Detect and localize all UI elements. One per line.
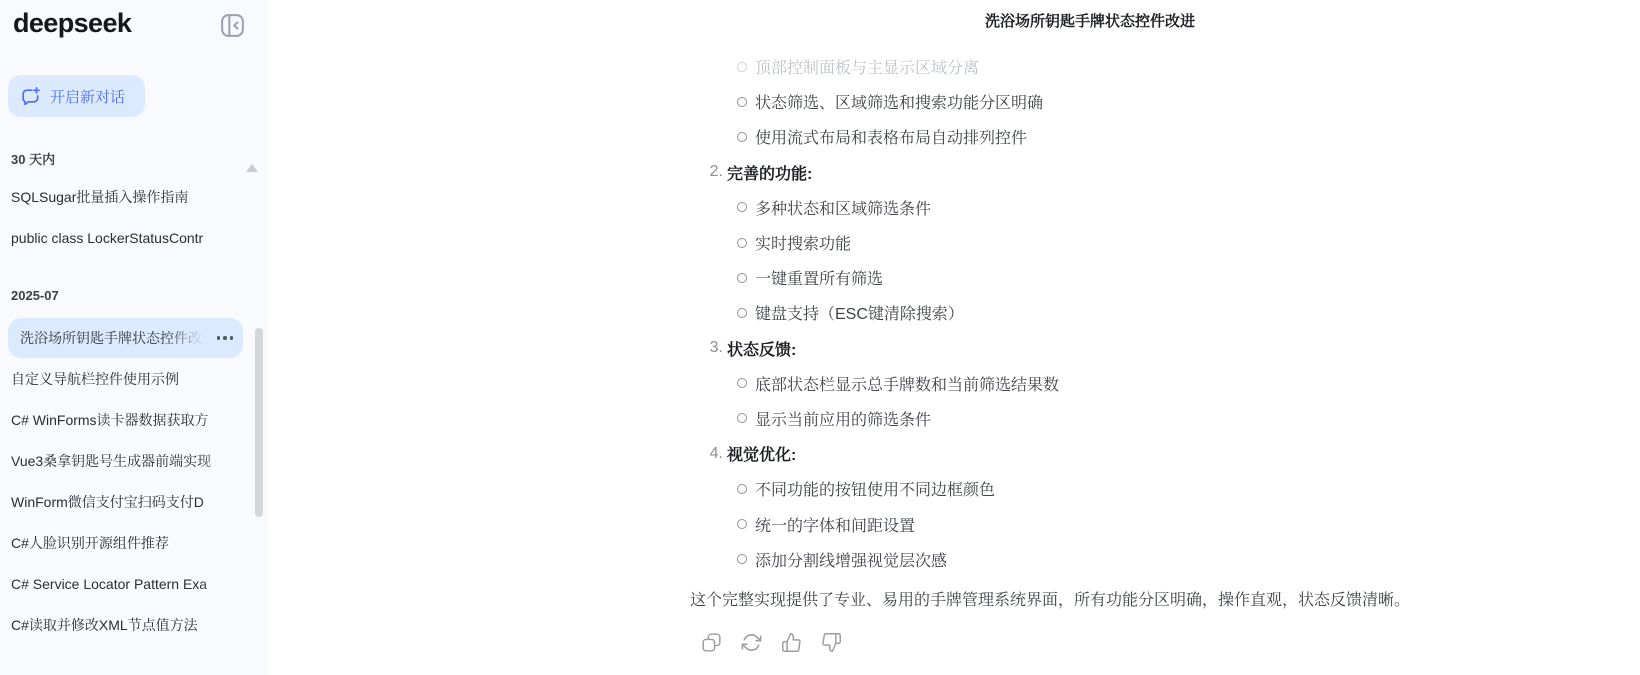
history-section-label-2025-07: 2025-07 (11, 286, 59, 306)
list-item: 一键重置所有筛选 (690, 260, 1490, 295)
assistant-message: 顶部控制面板与主显示区域分离 状态筛选、区域筛选和搜索功能分区明确 使用流式布局… (690, 49, 1490, 653)
sidebar: deepseek 开启新对话 30 天内 SQLSugar批量插入操作指南 pu… (0, 0, 268, 675)
chat-title: 洗浴场所钥匙手牌状态控件改进 (690, 10, 1490, 31)
chat-history-item[interactable]: Vue3桑拿钥匙号生成器前端实现 (11, 450, 247, 472)
bullet-icon (737, 378, 747, 388)
copy-icon (701, 632, 722, 653)
bullet-icon (737, 238, 747, 248)
closing-paragraph: 这个完整实现提供了专业、易用的手牌管理系统界面，所有功能分区明确，操作直观，状态… (690, 583, 1490, 618)
numbered-item: 4. 视觉优化: (690, 436, 1490, 471)
thumbs-up-button[interactable] (781, 632, 802, 653)
list-item: 统一的字体和间距设置 (690, 506, 1490, 541)
new-chat-button[interactable]: 开启新对话 (8, 75, 145, 117)
chat-history-item[interactable]: public class LockerStatusContr (11, 227, 247, 249)
thumbs-down-button[interactable] (821, 632, 842, 653)
chat-history-item[interactable]: 自定义导航栏控件使用示例 (11, 368, 247, 390)
regenerate-icon (741, 632, 762, 653)
bullet-icon (737, 519, 747, 529)
regenerate-button[interactable] (741, 632, 762, 653)
list-item: 实时搜索功能 (690, 225, 1490, 260)
chat-history-item[interactable]: SQLSugar批量插入操作指南 (11, 186, 247, 208)
list-item: 底部状态栏显示总手牌数和当前筛选结果数 (690, 366, 1490, 401)
scroll-up-caret-icon[interactable] (246, 164, 258, 172)
copy-button[interactable] (701, 632, 722, 653)
chat-history-item[interactable]: C# WinForms读卡器数据获取方 (11, 409, 247, 431)
bullet-icon (737, 132, 747, 142)
bullet-icon (737, 308, 747, 318)
deepseek-logo: deepseek (13, 8, 131, 39)
chat-history-item[interactable]: C# Service Locator Pattern Exa (11, 573, 247, 595)
sidebar-collapse-button[interactable] (219, 12, 246, 39)
more-options-icon[interactable] (217, 336, 234, 340)
history-section-label-30days: 30 天内 (11, 150, 55, 170)
chat-history-item-label: 洗浴场所钥匙手牌状态控件改进 (20, 328, 211, 348)
list-item: 多种状态和区域筛选条件 (690, 190, 1490, 225)
list-item: 键盘支持（ESC键清除搜索） (690, 295, 1490, 330)
list-item: 顶部控制面板与主显示区域分离 (690, 49, 1490, 84)
collapse-sidebar-icon (219, 12, 246, 39)
thumbs-down-icon (821, 632, 842, 653)
bullet-icon (737, 484, 747, 494)
message-actions (701, 632, 1490, 653)
bullet-icon (737, 202, 747, 212)
list-item: 使用流式布局和表格布局自动排列控件 (690, 119, 1490, 154)
numbered-item: 2. 完善的功能: (690, 155, 1490, 190)
list-item: 添加分割线增强视觉层次感 (690, 542, 1490, 577)
sidebar-scrollbar[interactable] (255, 328, 263, 517)
bullet-icon (737, 62, 747, 72)
bullet-icon (737, 554, 747, 564)
bullet-icon (737, 413, 747, 423)
chat-history-item[interactable]: WinForm微信支付宝扫码支付D (11, 491, 247, 513)
thumbs-up-icon (781, 632, 802, 653)
chat-history-item[interactable]: C#读取并修改XML节点值方法 (11, 614, 247, 636)
bullet-icon (737, 273, 747, 283)
list-item: 显示当前应用的筛选条件 (690, 401, 1490, 436)
numbered-item: 3. 状态反馈: (690, 331, 1490, 366)
list-item: 不同功能的按钮使用不同边框颜色 (690, 471, 1490, 506)
bullet-icon (737, 97, 747, 107)
chat-history-item[interactable]: C#人脸识别开源组件推荐 (11, 532, 247, 554)
new-chat-label: 开启新对话 (50, 86, 125, 107)
new-chat-icon (21, 86, 41, 106)
list-item: 状态筛选、区域筛选和搜索功能分区明确 (690, 84, 1490, 119)
chat-history-item-selected[interactable]: 洗浴场所钥匙手牌状态控件改进 (8, 318, 243, 358)
